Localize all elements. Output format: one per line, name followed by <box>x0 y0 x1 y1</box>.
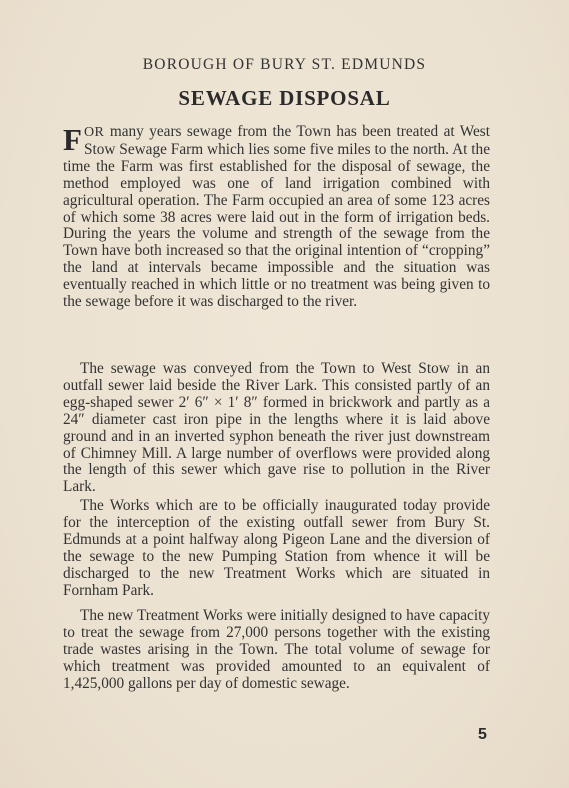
paragraph-1: FOR many years sewage from the Town has … <box>63 124 490 311</box>
paragraph-text: The sewage was conveyed from the Town to… <box>63 361 490 496</box>
paragraph-text: many years sewage from the Town has been… <box>63 123 490 310</box>
paragraph-text: The Works which are to be officially ina… <box>63 498 490 599</box>
drop-cap: F <box>63 127 82 153</box>
document-header: BOROUGH OF BURY ST. EDMUNDS <box>0 56 569 74</box>
document-page: BOROUGH OF BURY ST. EDMUNDS SEWAGE DISPO… <box>0 0 569 788</box>
paragraph-2: The sewage was conveyed from the Town to… <box>63 361 490 496</box>
document-title: SEWAGE DISPOSAL <box>0 86 569 111</box>
paragraph-3: The Works which are to be officially ina… <box>63 498 490 599</box>
paragraph-lead: OR <box>84 125 104 140</box>
paragraph-text: The new Treatment Works were initially d… <box>63 608 490 693</box>
page-number: 5 <box>478 726 487 744</box>
paragraph-4: The new Treatment Works were initially d… <box>63 608 490 693</box>
